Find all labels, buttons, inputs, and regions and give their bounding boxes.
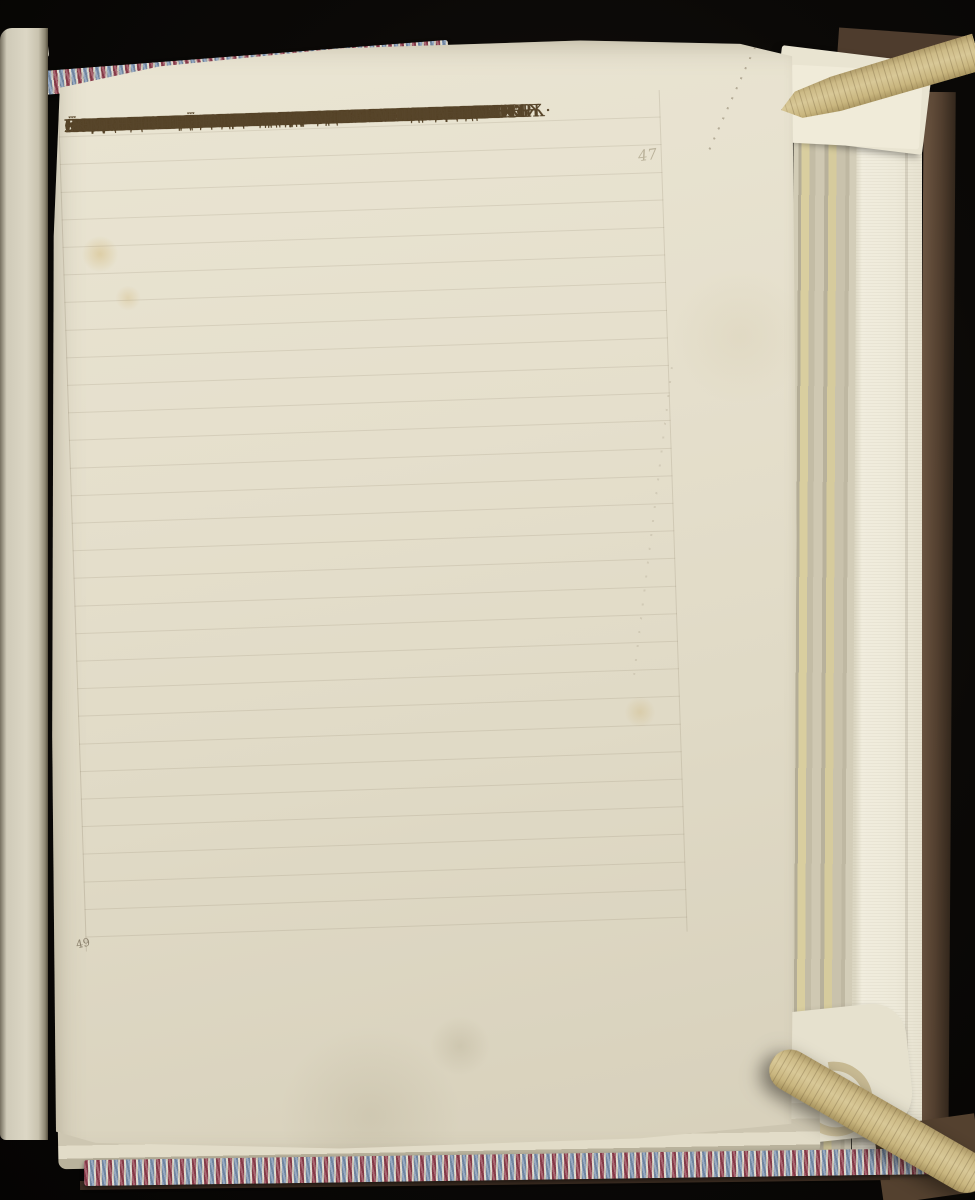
folio-number-top: 47 <box>637 145 658 165</box>
paper-crease <box>905 88 908 1166</box>
ruling-lines <box>58 90 688 951</box>
parchment-leaf-edges <box>788 92 857 1158</box>
manuscript-photo: АЛОЛАРНЧЕЧЕАТЪИНЮАТЕЖДЕЪГРѢѢБЛНІМЪНННЦВЪ… <box>0 0 975 1200</box>
manuscript-page: 47 49 МОУСАНСПОВѢДА· ЧНМЪВѢСНПРОСТНАННѤР… <box>40 36 802 1162</box>
book-spine-facing-page: АЛОЛАРНЧЕЧЕАТЪИНЮАТЕЖДЕЪГРѢѢБЛНІМЪНННЦВЪ… <box>0 28 48 1140</box>
book-cover-right-edge <box>916 92 956 1167</box>
prick-marks-top <box>706 47 756 156</box>
